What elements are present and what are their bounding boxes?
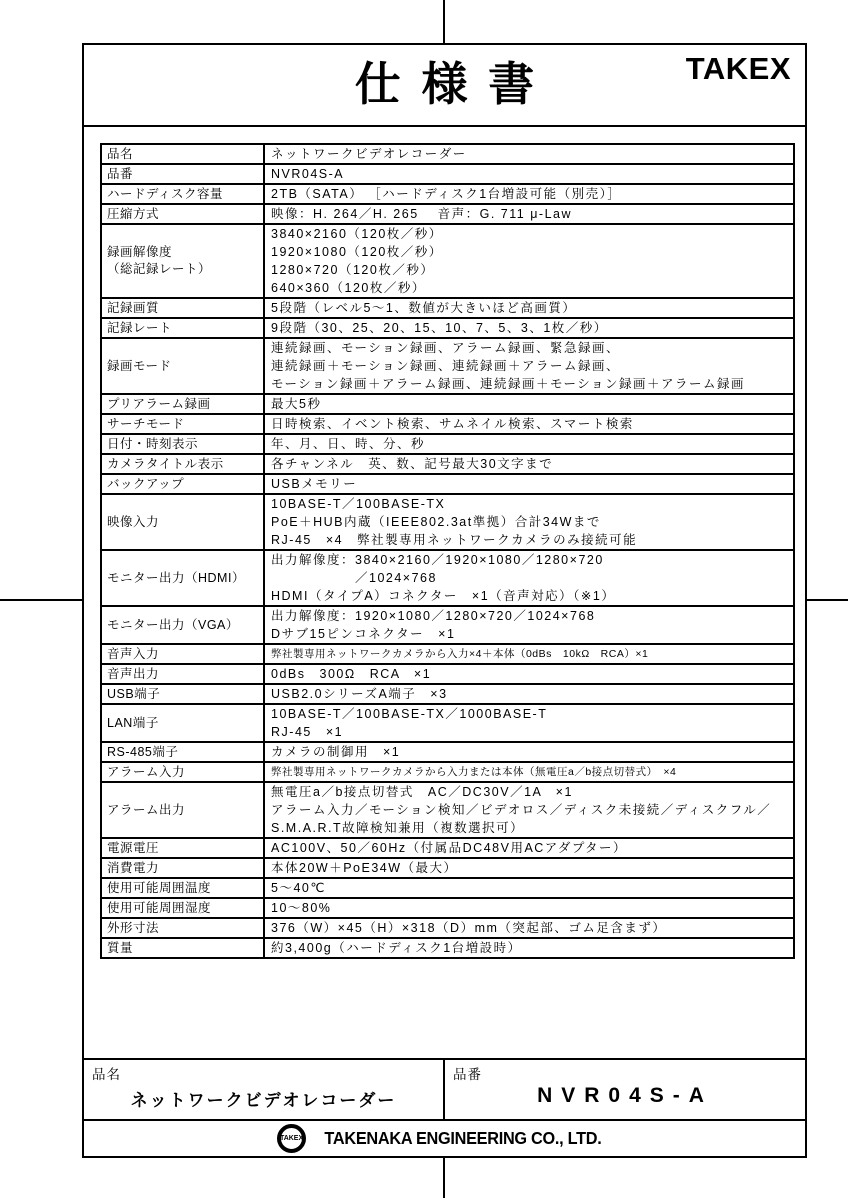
- spec-value: 映像：H. 264／H. 265 音声：G. 711 μ-Law: [265, 205, 793, 223]
- registration-mark-top: [443, 0, 445, 43]
- spec-row: 録画モード連続録画、モーション録画、アラーム録画、緊急録画、連続録画＋モーション…: [102, 337, 793, 393]
- spec-label: 質量: [102, 939, 265, 957]
- takex-seal-text: TAKEX: [280, 1135, 303, 1142]
- spec-label: モニター出力（VGA）: [102, 607, 265, 643]
- spec-label: バックアップ: [102, 475, 265, 493]
- spec-label: USB端子: [102, 685, 265, 703]
- spec-row: 品番NVR04S-A: [102, 163, 793, 183]
- spec-label: 使用可能周囲湿度: [102, 899, 265, 917]
- spec-row: ハードディスク容量2TB（SATA） ［ハードディスク1台増設可能（別売）］: [102, 183, 793, 203]
- spec-row: RS-485端子カメラの制御用 ×1: [102, 741, 793, 761]
- spec-label: RS-485端子: [102, 743, 265, 761]
- company-name: TAKENAKA ENGINEERING CO., LTD.: [324, 1128, 601, 1149]
- takex-wordmark: TAKEX: [686, 51, 791, 87]
- spec-row: 音声入力弊社製専用ネットワークカメラから入力×4＋本体（0dBs 10kΩ RC…: [102, 643, 793, 663]
- spec-label: 圧縮方式: [102, 205, 265, 223]
- spec-value: 本体20W＋PoE34W（最大）: [265, 859, 793, 877]
- spec-value: カメラの制御用 ×1: [265, 743, 793, 761]
- spec-value: 10BASE-T／100BASE-TX／1000BASE-TRJ-45 ×1: [265, 705, 793, 741]
- registration-mark-left: [0, 599, 82, 601]
- spec-value: 10BASE-T／100BASE-TXPoE＋HUB内蔵（IEEE802.3at…: [265, 495, 793, 549]
- part-number-label: 品番: [453, 1063, 797, 1083]
- spec-row: 質量約3,400g（ハードディスク1台増設時）: [102, 937, 793, 957]
- spec-label: 記録画質: [102, 299, 265, 317]
- spec-row: 使用可能周囲湿度10～80%: [102, 897, 793, 917]
- spec-row: 消費電力本体20W＋PoE34W（最大）: [102, 857, 793, 877]
- spec-label: 電源電圧: [102, 839, 265, 857]
- spec-value: 各チャンネル 英、数、記号最大30文字まで: [265, 455, 793, 473]
- spec-value: ネットワークビデオレコーダー: [265, 145, 793, 163]
- part-number-value: NVR04S-A: [453, 1084, 797, 1108]
- spec-value: 出力解像度：1920×1080／1280×720／1024×768Dサブ15ピン…: [265, 607, 793, 643]
- spec-row: 記録画質5段階（レベル5～1、数値が大きいほど高画質）: [102, 297, 793, 317]
- spec-value: AC100V、50／60Hz（付属品DC48V用ACアダプター）: [265, 839, 793, 857]
- title-block-name-cell: 品名 ネットワークビデオレコーダー: [84, 1060, 445, 1119]
- spec-label: 消費電力: [102, 859, 265, 877]
- spec-value: 約3,400g（ハードディスク1台増設時）: [265, 939, 793, 957]
- spec-row: モニター出力（HDMI）出力解像度：3840×2160／1920×1080／12…: [102, 549, 793, 605]
- spec-label: ハードディスク容量: [102, 185, 265, 203]
- spec-value: USBメモリー: [265, 475, 793, 493]
- spec-value: 3840×2160（120枚／秒）1920×1080（120枚／秒）1280×7…: [265, 225, 793, 297]
- spec-value: USB2.0シリーズA端子 ×3: [265, 685, 793, 703]
- title-block-code-cell: 品番 NVR04S-A: [445, 1060, 805, 1119]
- title-block: 品名 ネットワークビデオレコーダー 品番 NVR04S-A: [84, 1058, 805, 1119]
- spec-sheet-page: 仕様書 TAKEX 品名ネットワークビデオレコーダー品番NVR04S-Aハードデ…: [0, 0, 848, 1200]
- spec-row: 音声出力0dBs 300Ω RCA ×1: [102, 663, 793, 683]
- spec-value: 10～80%: [265, 899, 793, 917]
- spec-value: NVR04S-A: [265, 165, 793, 183]
- spec-row: 電源電圧AC100V、50／60Hz（付属品DC48V用ACアダプター）: [102, 837, 793, 857]
- product-name-value: ネットワークビデオレコーダー: [92, 1086, 435, 1111]
- spec-label: LAN端子: [102, 705, 265, 741]
- spec-label: モニター出力（HDMI）: [102, 551, 265, 605]
- document-header: 仕様書 TAKEX: [84, 45, 805, 127]
- spec-row: LAN端子10BASE-T／100BASE-TX／1000BASE-TRJ-45…: [102, 703, 793, 741]
- spec-label: 音声出力: [102, 665, 265, 683]
- spec-value: 9段階（30、25、20、15、10、7、5、3、1枚／秒）: [265, 319, 793, 337]
- spec-table: 品名ネットワークビデオレコーダー品番NVR04S-Aハードディスク容量2TB（S…: [100, 143, 795, 959]
- spec-label: 外形寸法: [102, 919, 265, 937]
- spec-row: サーチモード日時検索、イベント検索、サムネイル検索、スマート検索: [102, 413, 793, 433]
- spec-value: 5～40℃: [265, 879, 793, 897]
- spec-row: 録画解像度（総記録レート）3840×2160（120枚／秒）1920×1080（…: [102, 223, 793, 297]
- spec-value: 5段階（レベル5～1、数値が大きいほど高画質）: [265, 299, 793, 317]
- spec-label: サーチモード: [102, 415, 265, 433]
- spec-label: 録画解像度（総記録レート）: [102, 225, 265, 297]
- spec-label: 記録レート: [102, 319, 265, 337]
- spec-row: 記録レート9段階（30、25、20、15、10、7、5、3、1枚／秒）: [102, 317, 793, 337]
- spec-value: 無電圧a／b接点切替式 AC／DC30V／1A ×1アラーム入力／モーション検知…: [265, 783, 793, 837]
- spec-row: アラーム入力弊社製専用ネットワークカメラから入力または本体（無電圧a／b接点切替…: [102, 761, 793, 781]
- registration-mark-bottom: [443, 1156, 445, 1198]
- spec-row: 外形寸法376（W）×45（H）×318（D）mm（突起部、ゴム足含まず）: [102, 917, 793, 937]
- spec-label: プリアラーム録画: [102, 395, 265, 413]
- spec-value: 376（W）×45（H）×318（D）mm（突起部、ゴム足含まず）: [265, 919, 793, 937]
- spec-row: USB端子USB2.0シリーズA端子 ×3: [102, 683, 793, 703]
- spec-row: 映像入力10BASE-T／100BASE-TXPoE＋HUB内蔵（IEEE802…: [102, 493, 793, 549]
- spec-value: 年、月、日、時、分、秒: [265, 435, 793, 453]
- registration-mark-right: [805, 599, 848, 601]
- spec-value: 0dBs 300Ω RCA ×1: [265, 665, 793, 683]
- spec-value: 2TB（SATA） ［ハードディスク1台増設可能（別売）］: [265, 185, 793, 203]
- spec-value: 弊社製専用ネットワークカメラから入力×4＋本体（0dBs 10kΩ RCA）×1: [265, 645, 793, 663]
- spec-row: プリアラーム録画最大5秒: [102, 393, 793, 413]
- product-name-label: 品名: [92, 1063, 435, 1083]
- spec-label: アラーム出力: [102, 783, 265, 837]
- spec-row: 圧縮方式映像：H. 264／H. 265 音声：G. 711 μ-Law: [102, 203, 793, 223]
- company-footer: TAKEX TAKENAKA ENGINEERING CO., LTD.: [84, 1119, 805, 1156]
- spec-label: 品番: [102, 165, 265, 183]
- spec-label: 品名: [102, 145, 265, 163]
- spec-value: 日時検索、イベント検索、サムネイル検索、スマート検索: [265, 415, 793, 433]
- spec-row: モニター出力（VGA）出力解像度：1920×1080／1280×720／1024…: [102, 605, 793, 643]
- document-body: 品名ネットワークビデオレコーダー品番NVR04S-Aハードディスク容量2TB（S…: [84, 127, 805, 1058]
- spec-row: バックアップUSBメモリー: [102, 473, 793, 493]
- spec-row: 日付・時刻表示年、月、日、時、分、秒: [102, 433, 793, 453]
- spec-label: 映像入力: [102, 495, 265, 549]
- spec-label: 日付・時刻表示: [102, 435, 265, 453]
- document-frame: 仕様書 TAKEX 品名ネットワークビデオレコーダー品番NVR04S-Aハードデ…: [82, 43, 807, 1158]
- spec-label: カメラタイトル表示: [102, 455, 265, 473]
- spec-label: アラーム入力: [102, 763, 265, 781]
- spec-row: 使用可能周囲温度5～40℃: [102, 877, 793, 897]
- spec-value: 出力解像度：3840×2160／1920×1080／1280×720 ／1024…: [265, 551, 793, 605]
- spec-value: 連続録画、モーション録画、アラーム録画、緊急録画、連続録画＋モーション録画、連続…: [265, 339, 793, 393]
- spec-label: 録画モード: [102, 339, 265, 393]
- spec-row: カメラタイトル表示各チャンネル 英、数、記号最大30文字まで: [102, 453, 793, 473]
- takex-seal-icon: TAKEX: [277, 1124, 306, 1153]
- spec-label: 使用可能周囲温度: [102, 879, 265, 897]
- spec-row: 品名ネットワークビデオレコーダー: [102, 145, 793, 163]
- spec-row: アラーム出力無電圧a／b接点切替式 AC／DC30V／1A ×1アラーム入力／モ…: [102, 781, 793, 837]
- spec-value: 最大5秒: [265, 395, 793, 413]
- spec-value: 弊社製専用ネットワークカメラから入力または本体（無電圧a／b接点切替式） ×4: [265, 763, 793, 781]
- spec-label: 音声入力: [102, 645, 265, 663]
